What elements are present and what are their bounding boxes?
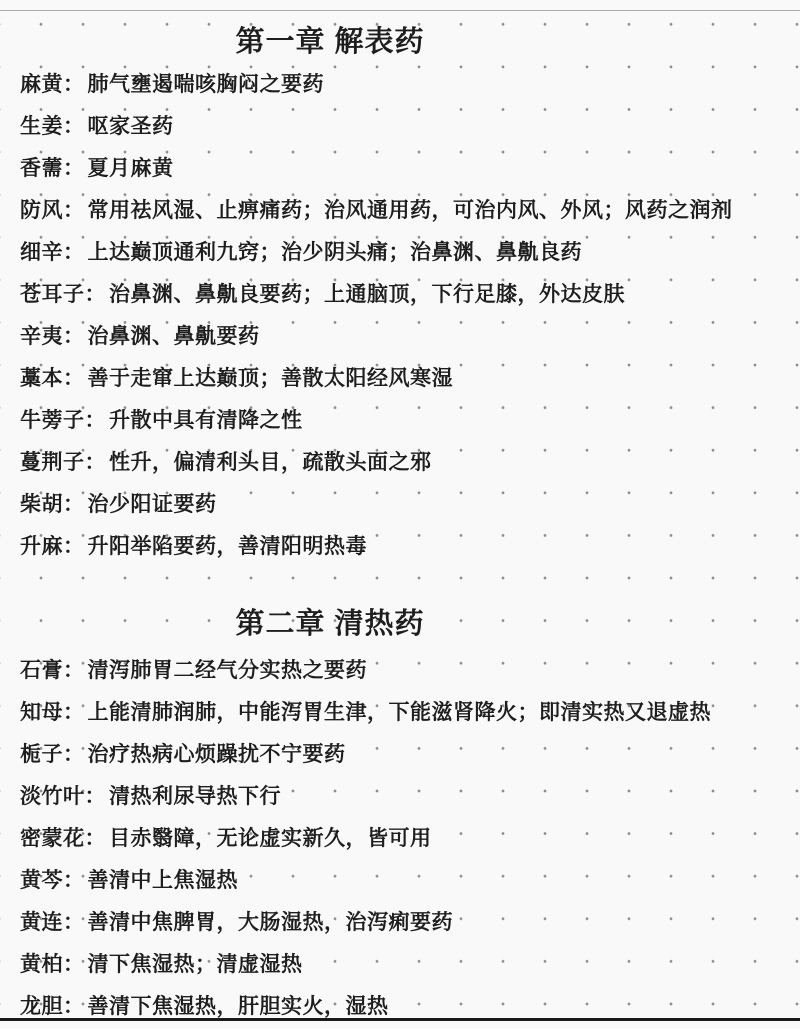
herb-description: 善清中上焦湿热 [88, 869, 239, 892]
entry-row: 辛夷：治鼻渊、鼻鼽要药 [20, 316, 792, 358]
herb-name: 苍耳子： [20, 283, 106, 306]
herb-name: 藁本： [20, 367, 85, 390]
herb-name: 香薷： [20, 157, 85, 180]
entry-row: 防风：常用祛风湿、止痹痛药；治风通用药，可治内风、外风；风药之润剂 [20, 190, 792, 232]
entry-row: 麻黄：肺气壅遏喘咳胸闷之要药 [20, 64, 792, 106]
herb-name: 生姜： [20, 115, 85, 138]
herb-description: 目赤翳障，无论虚实新久，皆可用 [109, 827, 432, 850]
entry-row: 黄柏：清下焦湿热；清虚湿热 [20, 944, 792, 986]
entry-row: 升麻：升阳举陷要药，善清阳明热毒 [20, 526, 792, 568]
entry-row: 蔓荆子：性升，偏清利头目，疏散头面之邪 [20, 442, 792, 484]
herb-description: 清热利尿导热下行 [109, 785, 281, 808]
herb-name: 升麻： [20, 535, 85, 558]
entry-row: 密蒙花：目赤翳障，无论虚实新久，皆可用 [20, 818, 792, 860]
herb-description: 善于走窜上达巅顶；善散太阳经风寒湿 [88, 367, 454, 390]
herb-description: 上达巅顶通利九窍；治少阴头痛；治鼻渊、鼻鼽良药 [88, 241, 583, 264]
entry-row: 细辛：上达巅顶通利九窍；治少阴头痛；治鼻渊、鼻鼽良药 [20, 232, 792, 274]
herb-description: 性升，偏清利头目，疏散头面之邪 [109, 451, 432, 474]
entry-row: 黄连：善清中焦脾胃，大肠湿热，治泻痢要药 [20, 902, 792, 944]
chapter-2-entries: 石膏：清泻肺胃二经气分实热之要药 知母：上能清肺润肺，中能泻胃生津，下能滋肾降火… [20, 650, 792, 1028]
herb-description: 善清下焦湿热，肝胆实火，湿热 [88, 995, 389, 1018]
entry-row: 黄芩：善清中上焦湿热 [20, 860, 792, 902]
herb-name: 栀子： [20, 743, 85, 766]
chapter-1-title: 第一章 解表药 [0, 24, 730, 60]
entry-row: 柴胡：治少阳证要药 [20, 484, 792, 526]
herb-name: 黄芩： [20, 869, 85, 892]
herb-name: 防风： [20, 199, 85, 222]
herb-description: 升阳举陷要药，善清阳明热毒 [88, 535, 368, 558]
herb-name: 辛夷： [20, 325, 85, 348]
entry-row: 知母：上能清肺润肺，中能泻胃生津，下能滋肾降火；即清实热又退虚热 [20, 692, 792, 734]
entry-row: 牛蒡子：升散中具有清降之性 [20, 400, 792, 442]
herb-description: 善清中焦脾胃，大肠湿热，治泻痢要药 [88, 911, 454, 934]
chapter-1-entries: 麻黄：肺气壅遏喘咳胸闷之要药 生姜：呕家圣药 香薷：夏月麻黄 防风：常用祛风湿、… [20, 64, 792, 568]
herb-description: 呕家圣药 [88, 115, 174, 138]
herb-name: 麻黄： [20, 73, 85, 96]
entry-row: 苍耳子：治鼻渊、鼻鼽良要药；上通脑顶，下行足膝，外达皮肤 [20, 274, 792, 316]
herb-name: 柴胡： [20, 493, 85, 516]
herb-name: 黄柏： [20, 953, 85, 976]
entry-row: 淡竹叶：清热利尿导热下行 [20, 776, 792, 818]
herb-name: 密蒙花： [20, 827, 106, 850]
entry-row: 石膏：清泻肺胃二经气分实热之要药 [20, 650, 792, 692]
entry-row: 栀子：治疗热病心烦躁扰不宁要药 [20, 734, 792, 776]
entry-row: 龙胆：善清下焦湿热，肝胆实火，湿热 [20, 986, 792, 1028]
entry-row: 藁本：善于走窜上达巅顶；善散太阳经风寒湿 [20, 358, 792, 400]
herb-description: 肺气壅遏喘咳胸闷之要药 [88, 73, 325, 96]
top-rule [0, 10, 800, 11]
herb-description: 治疗热病心烦躁扰不宁要药 [88, 743, 346, 766]
herb-description: 治鼻渊、鼻鼽良要药；上通脑顶，下行足膝，外达皮肤 [109, 283, 625, 306]
herb-name: 黄连： [20, 911, 85, 934]
herb-description: 清泻肺胃二经气分实热之要药 [88, 659, 368, 682]
entry-row: 香薷：夏月麻黄 [20, 148, 792, 190]
chapter-2-title: 第二章 清热药 [0, 606, 730, 642]
herb-name: 牛蒡子： [20, 409, 106, 432]
bottom-rule [0, 1018, 800, 1021]
herb-name: 知母： [20, 701, 85, 724]
herb-description: 清下焦湿热；清虚湿热 [88, 953, 303, 976]
entry-row: 生姜：呕家圣药 [20, 106, 792, 148]
herb-name: 蔓荆子： [20, 451, 106, 474]
herb-description: 治少阳证要药 [88, 493, 217, 516]
herb-description: 升散中具有清降之性 [109, 409, 303, 432]
herb-description: 夏月麻黄 [88, 157, 174, 180]
herb-description: 上能清肺润肺，中能泻胃生津，下能滋肾降火；即清实热又退虚热 [88, 701, 712, 724]
herb-name: 细辛： [20, 241, 85, 264]
herb-name: 淡竹叶： [20, 785, 106, 808]
herb-description: 治鼻渊、鼻鼽要药 [88, 325, 260, 348]
herb-description: 常用祛风湿、止痹痛药；治风通用药，可治内风、外风；风药之润剂 [88, 199, 733, 222]
herb-name: 石膏： [20, 659, 85, 682]
herb-name: 龙胆： [20, 995, 85, 1018]
